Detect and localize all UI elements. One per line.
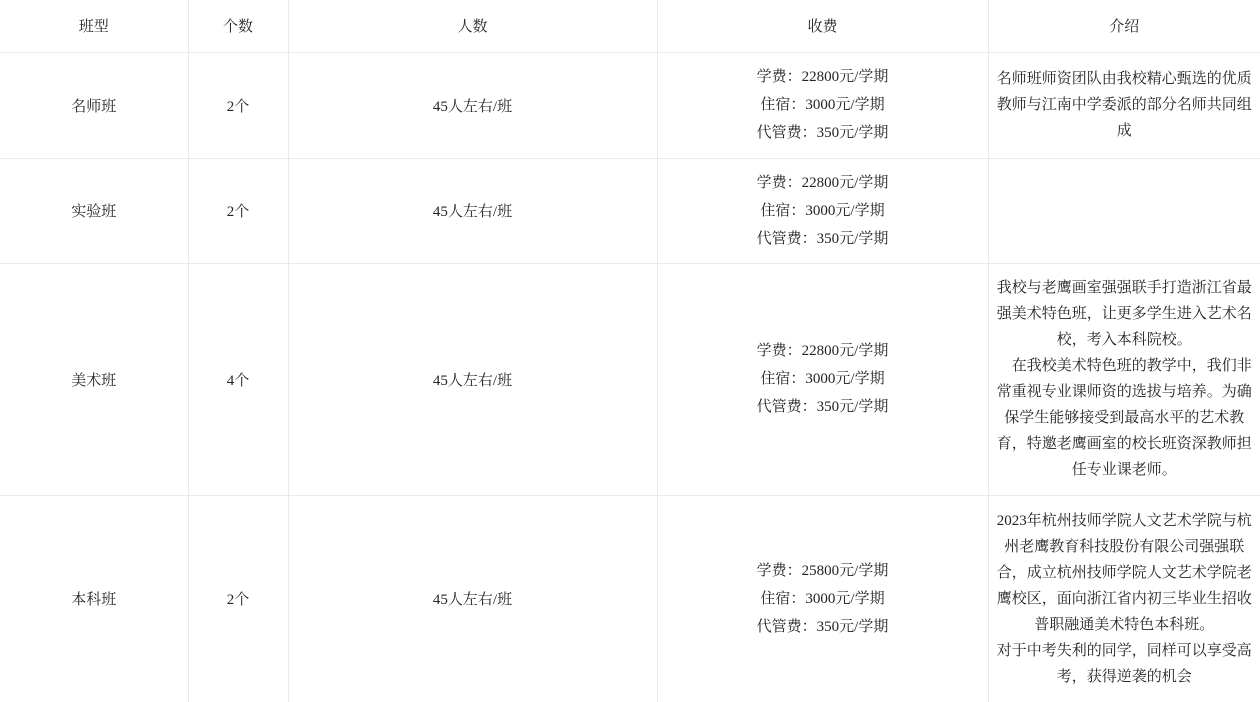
table-row: 美术班 4个 45人左右/班 学费：22800元/学期住宿：3000元/学期代管…	[0, 263, 1260, 495]
class-count-cell: 2个	[188, 158, 288, 263]
fee-line: 住宿：3000元/学期	[664, 91, 982, 119]
intro-paragraph: 对于中考失利的同学，同样可以享受高考，获得逆袭的机会	[995, 638, 1255, 690]
class-type-cell: 本科班	[0, 495, 188, 702]
fee-line: 学费：22800元/学期	[664, 169, 982, 197]
fee-line: 住宿：3000元/学期	[664, 197, 982, 225]
column-header-class-count: 个数	[188, 0, 288, 52]
fee-line: 住宿：3000元/学期	[664, 585, 982, 613]
intro-paragraph: 我校与老鹰画室强强联手打造浙江省最强美术特色班，让更多学生进入艺术名校，考入本科…	[995, 275, 1255, 353]
table-row: 名师班 2个 45人左右/班 学费：22800元/学期住宿：3000元/学期代管…	[0, 52, 1260, 158]
class-count-cell: 2个	[188, 52, 288, 158]
intro-cell	[988, 158, 1260, 263]
column-header-intro: 介绍	[988, 0, 1260, 52]
fees-cell: 学费：22800元/学期住宿：3000元/学期代管费：350元/学期	[657, 158, 988, 263]
intro-paragraph: 2023年杭州技师学院人文艺术学院与杭州老鹰教育科技股份有限公司强强联合，成立杭…	[995, 508, 1255, 638]
fees-cell: 学费：22800元/学期住宿：3000元/学期代管费：350元/学期	[657, 52, 988, 158]
intro-paragraph: 在我校美术特色班的教学中，我们非常重视专业课师资的选拔与培养。为确保学生能够接受…	[995, 353, 1255, 483]
column-header-class-type: 班型	[0, 0, 188, 52]
intro-cell: 名师班师资团队由我校精心甄选的优质教师与江南中学委派的部分名师共同组成	[988, 52, 1260, 158]
table-header: 班型 个数 人数 收费 介绍	[0, 0, 1260, 52]
fee-line: 学费：25800元/学期	[664, 557, 982, 585]
class-count-cell: 4个	[188, 263, 288, 495]
intro-paragraph: 名师班师资团队由我校精心甄选的优质教师与江南中学委派的部分名师共同组成	[995, 66, 1255, 144]
fee-line: 代管费：350元/学期	[664, 119, 982, 147]
column-header-fees: 收费	[657, 0, 988, 52]
fee-line: 代管费：350元/学期	[664, 225, 982, 253]
intro-cell: 我校与老鹰画室强强联手打造浙江省最强美术特色班，让更多学生进入艺术名校，考入本科…	[988, 263, 1260, 495]
class-size-cell: 45人左右/班	[288, 158, 657, 263]
fee-line: 代管费：350元/学期	[664, 393, 982, 421]
table-row: 实验班 2个 45人左右/班 学费：22800元/学期住宿：3000元/学期代管…	[0, 158, 1260, 263]
fee-line: 学费：22800元/学期	[664, 63, 982, 91]
fees-cell: 学费：22800元/学期住宿：3000元/学期代管费：350元/学期	[657, 263, 988, 495]
intro-cell: 2023年杭州技师学院人文艺术学院与杭州老鹰教育科技股份有限公司强强联合，成立杭…	[988, 495, 1260, 702]
fee-line: 学费：22800元/学期	[664, 337, 982, 365]
table-row: 本科班 2个 45人左右/班 学费：25800元/学期住宿：3000元/学期代管…	[0, 495, 1260, 702]
class-type-cell: 实验班	[0, 158, 188, 263]
class-size-cell: 45人左右/班	[288, 263, 657, 495]
class-size-cell: 45人左右/班	[288, 495, 657, 702]
fee-line: 代管费：350元/学期	[664, 613, 982, 641]
header-row: 班型 个数 人数 收费 介绍	[0, 0, 1260, 52]
class-type-cell: 美术班	[0, 263, 188, 495]
fee-line: 住宿：3000元/学期	[664, 365, 982, 393]
class-info-table: 班型 个数 人数 收费 介绍 名师班 2个 45人左右/班 学费：22800元/…	[0, 0, 1260, 702]
class-size-cell: 45人左右/班	[288, 52, 657, 158]
class-type-cell: 名师班	[0, 52, 188, 158]
table-body: 名师班 2个 45人左右/班 学费：22800元/学期住宿：3000元/学期代管…	[0, 52, 1260, 702]
column-header-class-size: 人数	[288, 0, 657, 52]
fees-cell: 学费：25800元/学期住宿：3000元/学期代管费：350元/学期	[657, 495, 988, 702]
class-count-cell: 2个	[188, 495, 288, 702]
